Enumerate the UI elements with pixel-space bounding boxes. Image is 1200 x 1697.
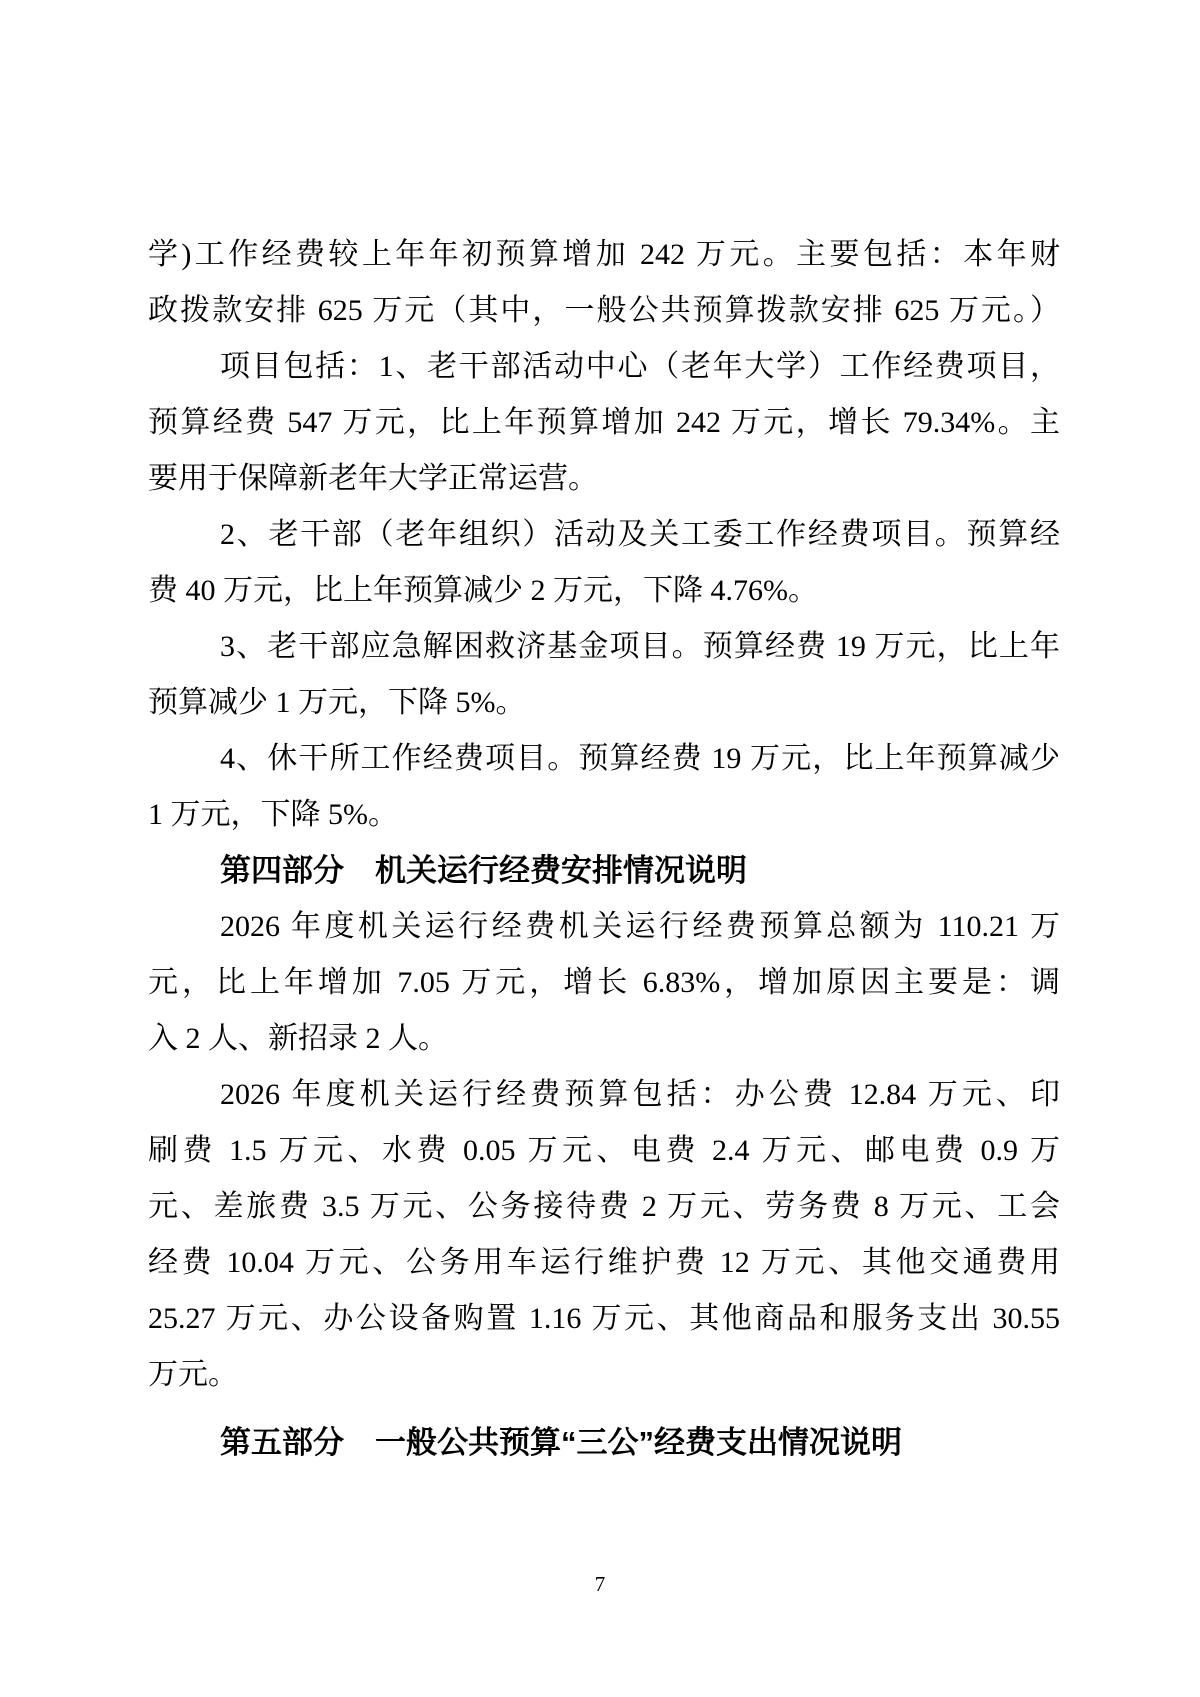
text-line: 2026 年度机关运行经费预算包括：办公费 12.84 万元、印 bbox=[148, 1067, 1060, 1123]
text-line: 元、差旅费 3.5 万元、公务接待费 2 万元、劳务费 8 万元、工会 bbox=[148, 1179, 1060, 1235]
text-line: 2、老干部（老年组织）活动及关工委工作经费项目。预算经 bbox=[148, 507, 1060, 563]
text-line: 费 40 万元，比上年预算减少 2 万元，下降 4.76%。 bbox=[148, 563, 1060, 619]
text-line: 入 2 人、新招录 2 人。 bbox=[148, 1011, 1060, 1067]
page-number: 7 bbox=[0, 1570, 1200, 1598]
document-page: 学)工作经费较上年年初预算增加 242 万元。主要包括：本年财 政拨款安排 62… bbox=[0, 0, 1200, 1697]
text-line: 学)工作经费较上年年初预算增加 242 万元。主要包括：本年财 bbox=[148, 227, 1060, 283]
text-line: 2026 年度机关运行经费机关运行经费预算总额为 110.21 万 bbox=[148, 899, 1060, 955]
text-line: 3、老干部应急解困救济基金项目。预算经费 19 万元，比上年 bbox=[148, 619, 1060, 675]
text-line: 刷费 1.5 万元、水费 0.05 万元、电费 2.4 万元、邮电费 0.9 万 bbox=[148, 1123, 1060, 1179]
text-line: 经费 10.04 万元、公务用车运行维护费 12 万元、其他交通费用 bbox=[148, 1235, 1060, 1291]
text-line: 预算减少 1 万元，下降 5%。 bbox=[148, 675, 1060, 731]
text-line: 预算经费 547 万元，比上年预算增加 242 万元，增长 79.34%。主 bbox=[148, 395, 1060, 451]
section-heading-part4: 第四部分 机关运行经费安排情况说明 bbox=[148, 843, 1060, 899]
document-body: 学)工作经费较上年年初预算增加 242 万元。主要包括：本年财 政拨款安排 62… bbox=[148, 227, 1060, 1471]
text-line: 要用于保障新老年大学正常运营。 bbox=[148, 451, 1060, 507]
section-heading-part5: 第五部分 一般公共预算“三公”经费支出情况说明 bbox=[148, 1415, 1060, 1471]
text-line: 政拨款安排 625 万元（其中，一般公共预算拨款安排 625 万元。） bbox=[148, 283, 1060, 339]
text-line: 项目包括：1、老干部活动中心（老年大学）工作经费项目， bbox=[148, 339, 1060, 395]
text-line: 4、休干所工作经费项目。预算经费 19 万元，比上年预算减少 bbox=[148, 731, 1060, 787]
text-line: 1 万元，下降 5%。 bbox=[148, 787, 1060, 843]
text-line: 25.27 万元、办公设备购置 1.16 万元、其他商品和服务支出 30.55 bbox=[148, 1291, 1060, 1347]
text-line: 万元。 bbox=[148, 1347, 1060, 1403]
text-line: 元，比上年增加 7.05 万元，增长 6.83%，增加原因主要是：调 bbox=[148, 955, 1060, 1011]
